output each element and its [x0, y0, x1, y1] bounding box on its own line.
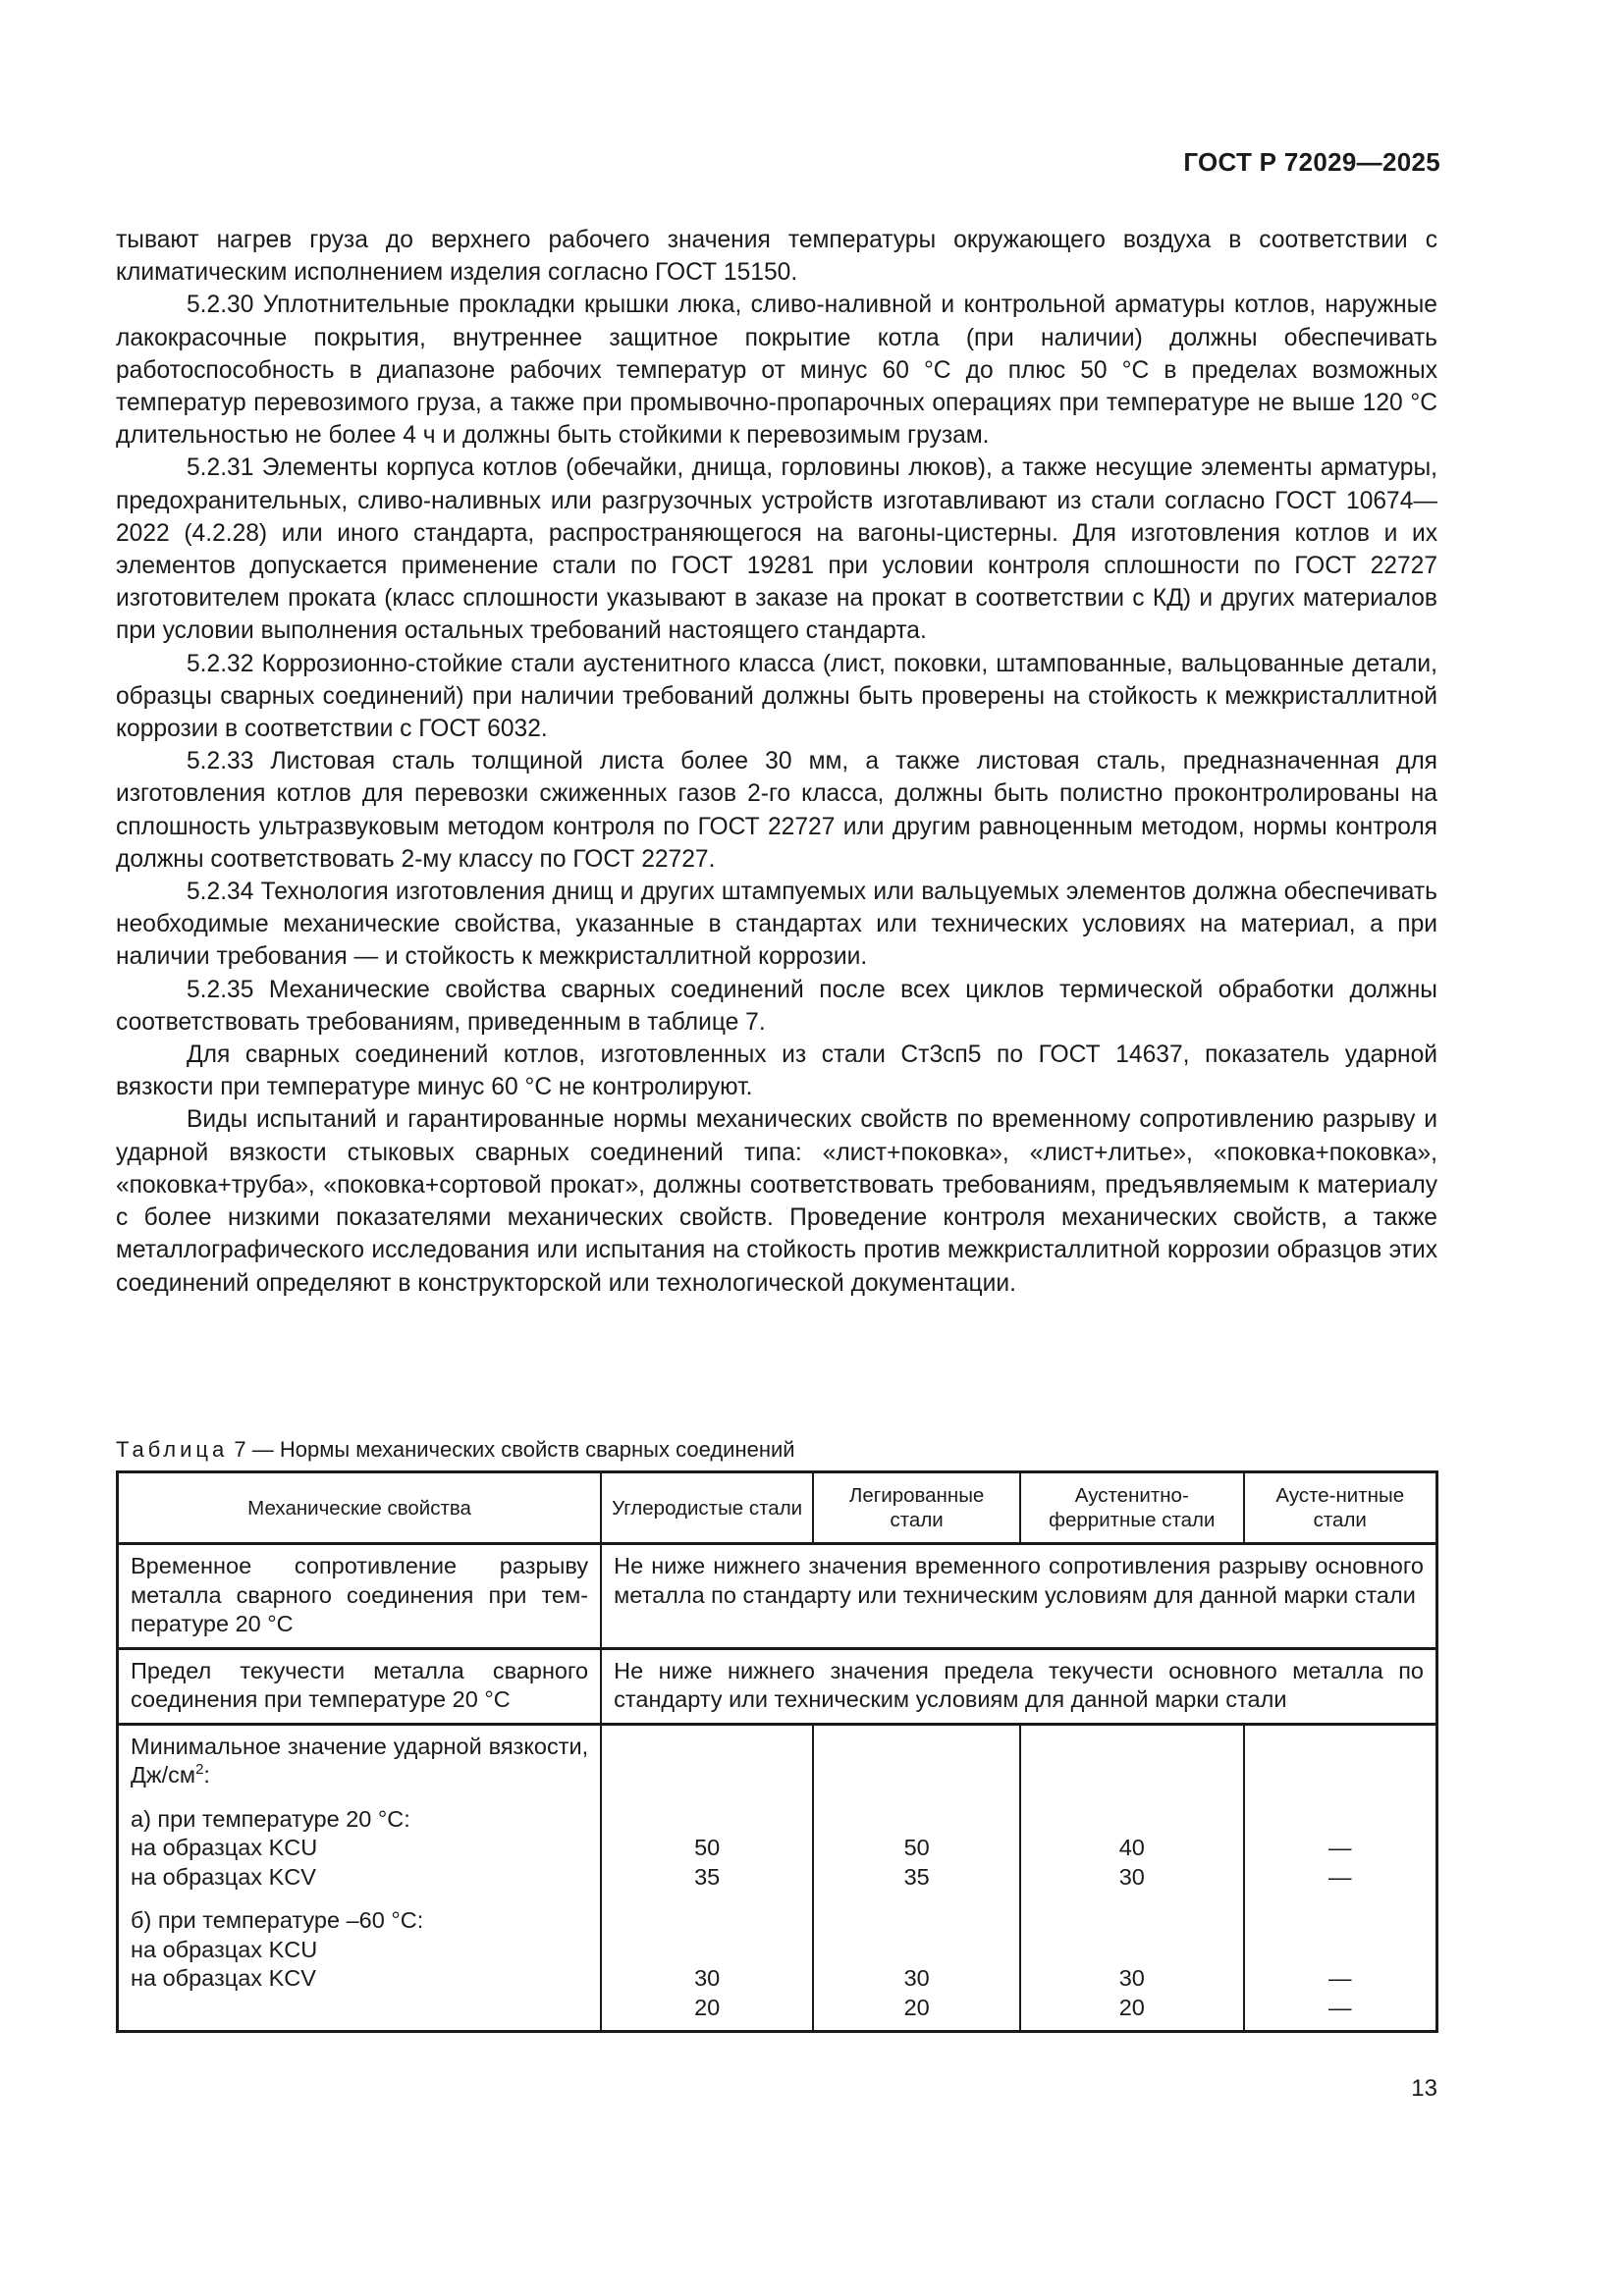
header-label: Легированные стали [849, 1484, 984, 1531]
value-a-kcv: 35 [614, 1863, 800, 1893]
value-a-kcv: 35 [826, 1863, 1007, 1893]
group-a-kcu-label: на образцах KCU [131, 1834, 588, 1863]
group-b-kcu-label: на образцах KCU [131, 1936, 588, 1965]
group-a-label: а) при температуре 20 °С: [131, 1805, 588, 1835]
table-row-impact-toughness: Минимальное значение ударной вязко­сти, … [118, 1724, 1437, 2032]
property-impact-toughness: Минимальное значение ударной вязко­сти, … [118, 1724, 602, 2032]
body-text: тывают нагрев груза до верхнего рабочего… [116, 224, 1437, 1300]
value-yield-strength: Не ниже нижнего значения предела текучес… [601, 1648, 1436, 1724]
paragraph-st3sp5-note: Для сварных соединений котлов, изготовле… [116, 1039, 1437, 1103]
mechanical-properties-table: Механические свойства Углеродистые стали… [116, 1470, 1438, 2033]
value-b-kcu: 30 [826, 1964, 1007, 1994]
property-tensile-strength: Временное сопротивление разрыву металла … [118, 1544, 602, 1649]
value-a-kcv: — [1257, 1863, 1424, 1893]
header-alloy-steels: Легированные стали [813, 1472, 1020, 1544]
table-row-tensile-strength: Временное сопротивление разрыву металла … [118, 1544, 1437, 1649]
table-caption-text: 7 — Нормы механических свойств сварных с… [228, 1437, 794, 1462]
group-a-kcv-label: на образцах KCV [131, 1863, 588, 1893]
header-austenitic-steels: Аусте-нитные стали [1244, 1472, 1437, 1544]
header-austenitic-ferritic-steels: Аустенитно-ферритные стали [1020, 1472, 1243, 1544]
paragraph-5-2-32: 5.2.32 Коррозионно-стойкие стали аустени… [116, 648, 1437, 746]
value-b-kcu: 30 [1033, 1964, 1230, 1994]
paragraph-5-2-34: 5.2.34 Технология изготовления днищ и др… [116, 876, 1437, 974]
table-header-row: Механические свойства Углеродистые стали… [118, 1472, 1437, 1544]
property-yield-strength: Предел текучести металла сварного соедин… [118, 1648, 602, 1724]
impact-values-austenitic: — — — — [1244, 1724, 1437, 2032]
value-tensile-strength: Не ниже нижнего значения временного сопр… [601, 1544, 1436, 1649]
value-b-kcv: 20 [1033, 1994, 1230, 2023]
header-mechanical-properties: Механические свойства [118, 1472, 602, 1544]
impact-values-carbon: 50 35 30 20 [601, 1724, 813, 2032]
header-carbon-steels: Углеродистые стали [601, 1472, 813, 1544]
document-code-header: ГОСТ Р 72029—2025 [1183, 147, 1440, 178]
value-a-kcu: — [1257, 1834, 1424, 1863]
paragraph-5-2-35: 5.2.35 Механические свойства сварных сое… [116, 974, 1437, 1039]
paragraph-5-2-33: 5.2.33 Листовая сталь толщиной листа бол… [116, 745, 1437, 876]
value-a-kcu: 50 [826, 1834, 1007, 1863]
impact-title-suffix: : [203, 1762, 210, 1788]
table-row-yield-strength: Предел текучести металла сварного соедин… [118, 1648, 1437, 1724]
value-b-kcv: — [1257, 1994, 1424, 2023]
value-a-kcv: 30 [1033, 1863, 1230, 1893]
group-b-label: б) при температуре –60 °С: [131, 1906, 588, 1936]
paragraph-5-2-31: 5.2.31 Элементы корпуса котлов (обечайки… [116, 452, 1437, 647]
table-caption: Таблица 7 — Нормы механических свойств с… [116, 1436, 795, 1464]
paragraph-test-types: Виды испытаний и гарантированные нормы м… [116, 1103, 1437, 1299]
header-label: Аустенитно-ферритные стали [1049, 1484, 1215, 1531]
paragraph-5-2-30: 5.2.30 Уплотнительные прокладки крышки л… [116, 289, 1437, 452]
value-b-kcv: 20 [826, 1994, 1007, 2023]
value-b-kcv: 20 [614, 1994, 800, 2023]
impact-title: Минимальное значение ударной вязко­сти, … [131, 1733, 588, 1790]
value-b-kcu: — [1257, 1964, 1424, 1994]
value-a-kcu: 40 [1033, 1834, 1230, 1863]
header-label: Углеродистые стали [612, 1497, 802, 1520]
impact-values-austenitic-ferritic: 40 30 30 20 [1020, 1724, 1243, 2032]
header-label: Аусте-нитные стали [1275, 1484, 1404, 1531]
page-number: 13 [1411, 2075, 1437, 2103]
paragraph-continuation: тывают нагрев груза до верхнего рабочего… [116, 224, 1437, 289]
impact-values-alloy: 50 35 30 20 [813, 1724, 1020, 2032]
value-b-kcu: 30 [614, 1964, 800, 1994]
value-a-kcu: 50 [614, 1834, 800, 1863]
table-caption-label: Таблица [116, 1437, 228, 1462]
group-b-kcv-label: на образцах KCV [131, 1964, 588, 1994]
